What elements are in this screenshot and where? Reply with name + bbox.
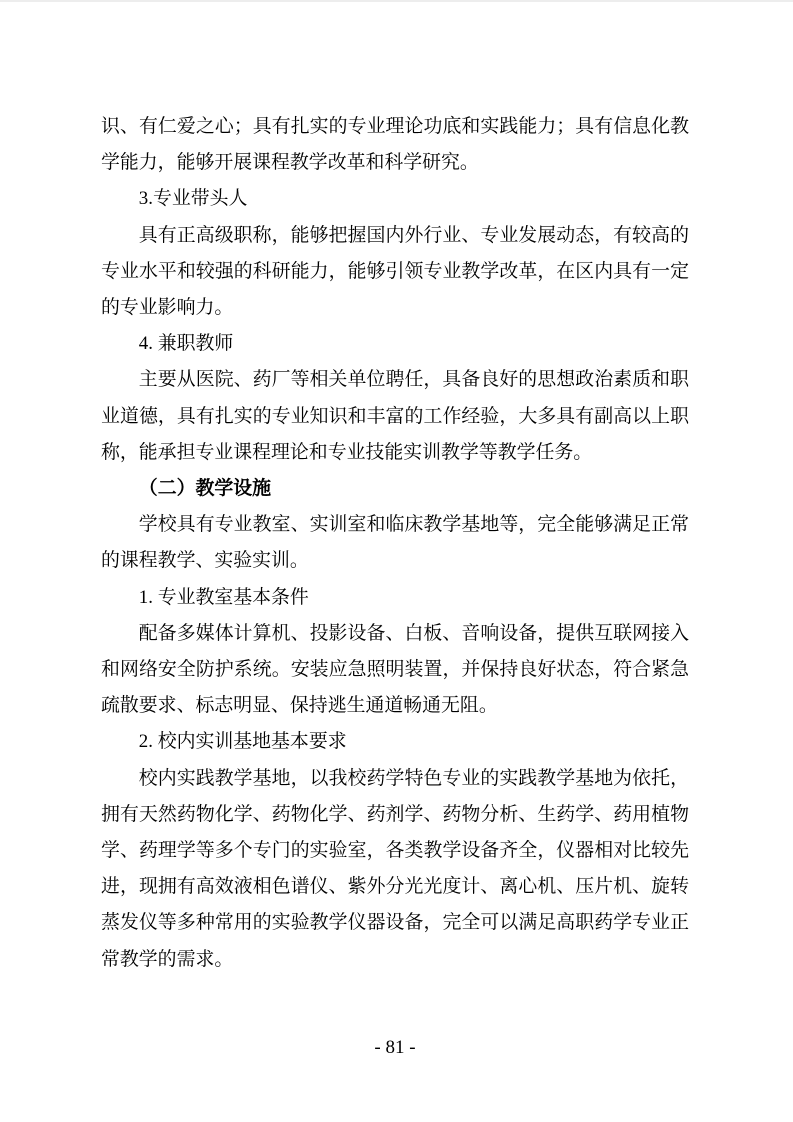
paragraph-classroom-conditions: 配备多媒体计算机、投影设备、白板、音响设备，提供互联网接入和网络安全防护系统。安… [101,616,689,725]
subheading-4-part-time-teachers: 4. 兼职教师 [101,326,689,362]
document-page: 识、有仁爱之心；具有扎实的专业理论功底和实践能力；具有信息化教学能力，能够开展课… [0,0,793,1122]
subheading-2-training-base-requirements: 2. 校内实训基地基本要求 [101,724,689,760]
document-body: 识、有仁爱之心；具有扎实的专业理论功底和实践能力；具有信息化教学能力，能够开展课… [101,109,689,978]
paragraph-professional-leader: 具有正高级职称，能够把握国内外行业、专业发展动态，有较高的专业水平和较强的科研能… [101,218,689,327]
paragraph-part-time-teachers: 主要从医院、药厂等相关单位聘任，具备良好的思想政治素质和职业道德，具有扎实的专业… [101,362,689,471]
subheading-1-classroom-conditions: 1. 专业教室基本条件 [101,580,689,616]
subheading-3-professional-leader: 3.专业带头人 [101,181,689,217]
paragraph-continued: 识、有仁爱之心；具有扎实的专业理论功底和实践能力；具有信息化教学能力，能够开展课… [101,109,689,181]
paragraph-facilities-overview: 学校具有专业教室、实训室和临床教学基地等，完全能够满足正常的课程教学、实验实训。 [101,507,689,579]
page-number: - 81 - [101,1036,689,1060]
paragraph-training-base: 校内实践教学基地，以我校药学特色专业的实践教学基地为依托，拥有天然药物化学、药物… [101,761,689,978]
section-heading-teaching-facilities: （二）教学设施 [101,471,689,507]
